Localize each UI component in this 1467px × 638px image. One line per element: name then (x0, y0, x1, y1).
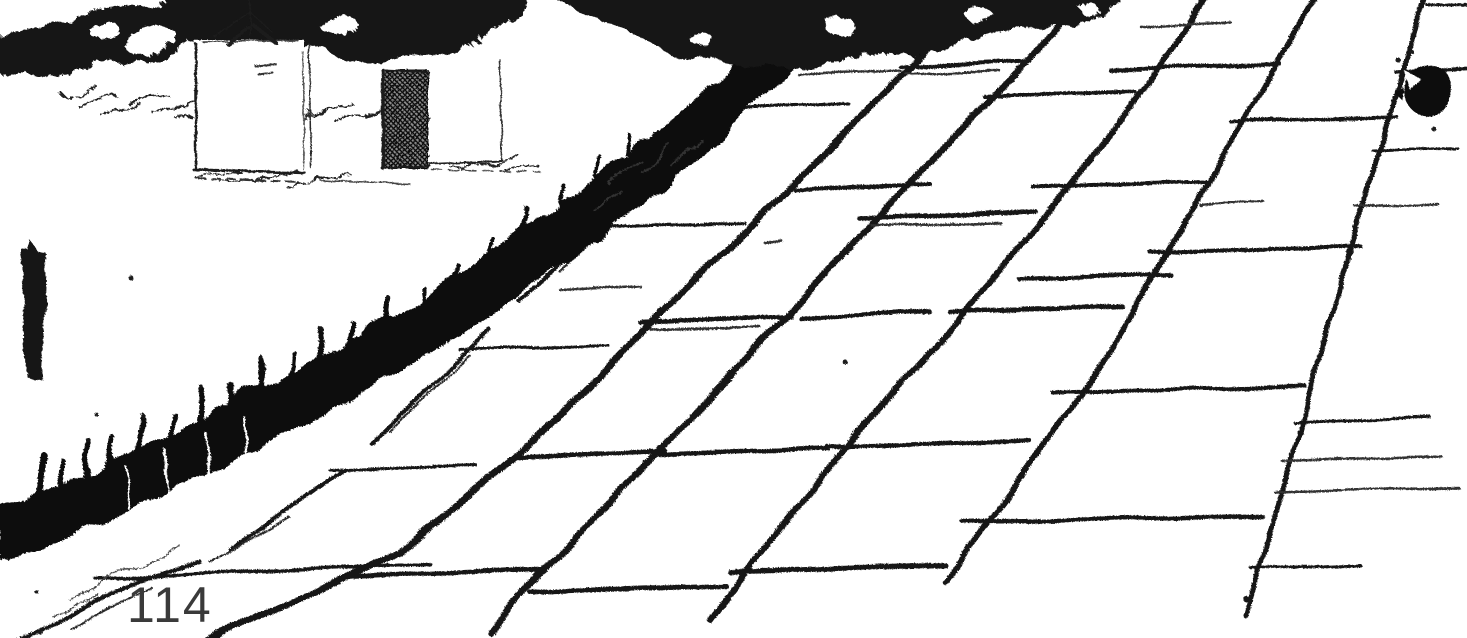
trees-foliage (0, 0, 1126, 185)
monument-block-right (430, 57, 503, 164)
stele-line (309, 44, 311, 168)
monument-shaded-panel (381, 70, 430, 168)
fence-pickets (40, 134, 628, 498)
ink-specks (35, 87, 848, 634)
scanned-page: 114 (0, 0, 1467, 638)
page-number: 114 (127, 580, 213, 630)
roadside-post (23, 240, 45, 378)
joint-knots (447, 69, 1354, 603)
ink-blob (1394, 50, 1450, 131)
foliage-right (545, 0, 1126, 69)
ink-drawing-canvas (0, 0, 1467, 638)
